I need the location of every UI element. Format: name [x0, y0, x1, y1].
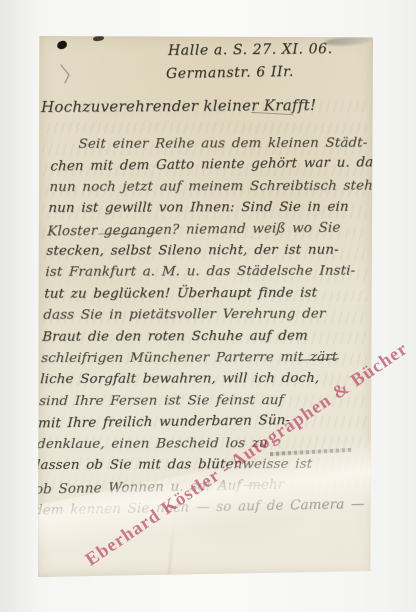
- ink-blot: [56, 40, 68, 51]
- handwritten-line: dass Sie in pietätsvoller Verehrung der: [43, 304, 365, 327]
- handwritten-line: Kloster gegangen? niemand weiß wo Sie: [47, 217, 369, 243]
- handwritten-line: tut zu beglücken! Überhaupt finde ist: [44, 282, 366, 305]
- letter-body: Seit einer Reihe aus dem kleinen Städt- …: [38, 133, 373, 520]
- handwritten-line: chen mit dem Gatto niente gehört war u. …: [50, 153, 372, 179]
- handwritten-line: Braut die den roten Schuhe auf dem: [42, 325, 364, 348]
- letter-photograph: Halle a. S. 27. XI. 06. Germanstr. 6 IIr…: [0, 0, 416, 612]
- top-edge-ink-mark: [93, 36, 105, 42]
- address-line: Germanstr. 6 IIr.: [166, 64, 294, 82]
- pencil-check-mark: [58, 62, 76, 86]
- underline-mark: [244, 485, 262, 486]
- handwritten-line: liche Sorgfalt bewahren, will ich doch,: [40, 368, 362, 391]
- letter-sheet: Halle a. S. 27. XI. 06. Germanstr. 6 IIr…: [38, 36, 373, 577]
- handwritten-line: nun noch jetzt auf meinem Schreibtisch s…: [49, 175, 371, 198]
- handwritten-line: schleifrigen Münchener Parterre mit zärt: [41, 347, 363, 370]
- handwritten-line: ist Frankfurt a. M. u. das Städelsche In…: [45, 261, 367, 284]
- handwritten-line: stecken, selbst Sileno nicht, der ist nu…: [46, 240, 368, 263]
- dateline: Halle a. S. 27. XI. 06.: [168, 41, 333, 59]
- paper-crease: [167, 515, 175, 577]
- handwritten-line: nun ist gewillt von Ihnen: Sind Sie in e…: [48, 197, 370, 220]
- handwritten-line: mit Ihre freilich wunderbaren Sün-: [38, 409, 360, 435]
